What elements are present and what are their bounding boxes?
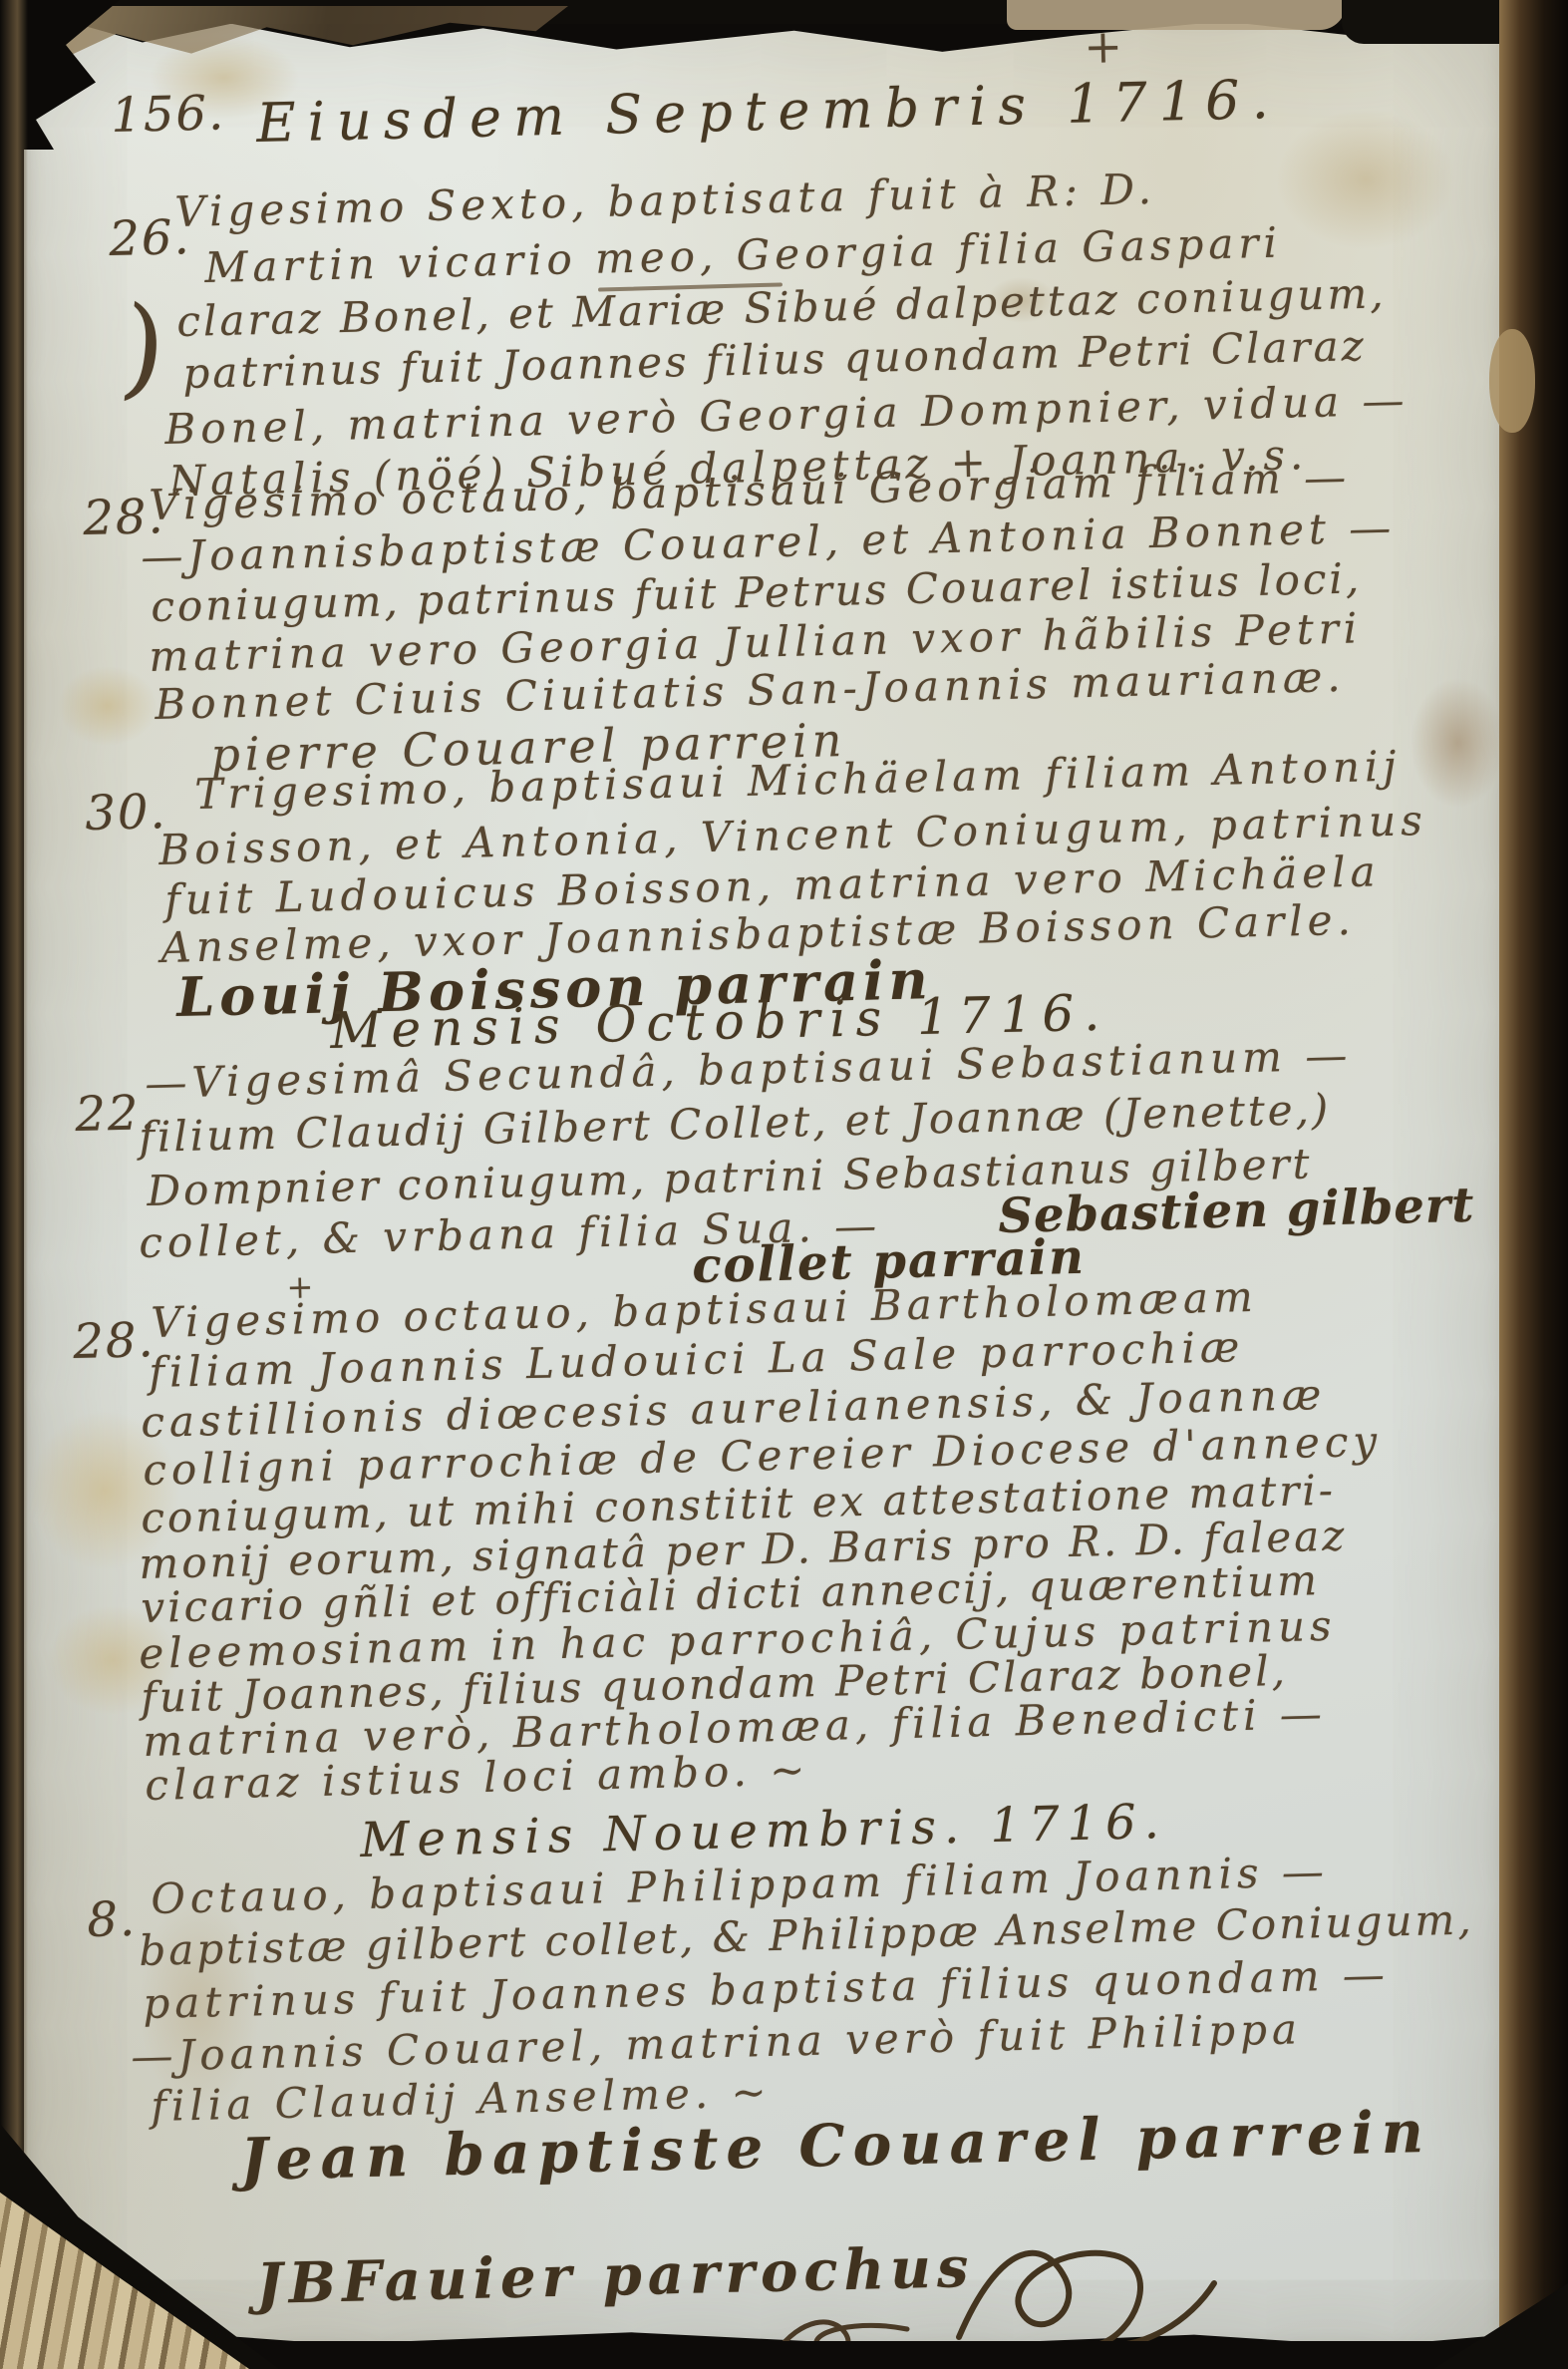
- day-number: 8.: [87, 1891, 138, 1948]
- day-number: 28.: [73, 1312, 157, 1370]
- page-notch-right: [1489, 329, 1535, 433]
- page-edge-left: [0, 0, 28, 2369]
- page-number: 156.: [111, 85, 226, 144]
- photo-background: 156. + Eiusdem Septembris 1716. 26. ) Vi…: [0, 0, 1568, 2369]
- page-edge-strip-top-right: [1007, 0, 1346, 30]
- day-number: 30.: [85, 784, 168, 842]
